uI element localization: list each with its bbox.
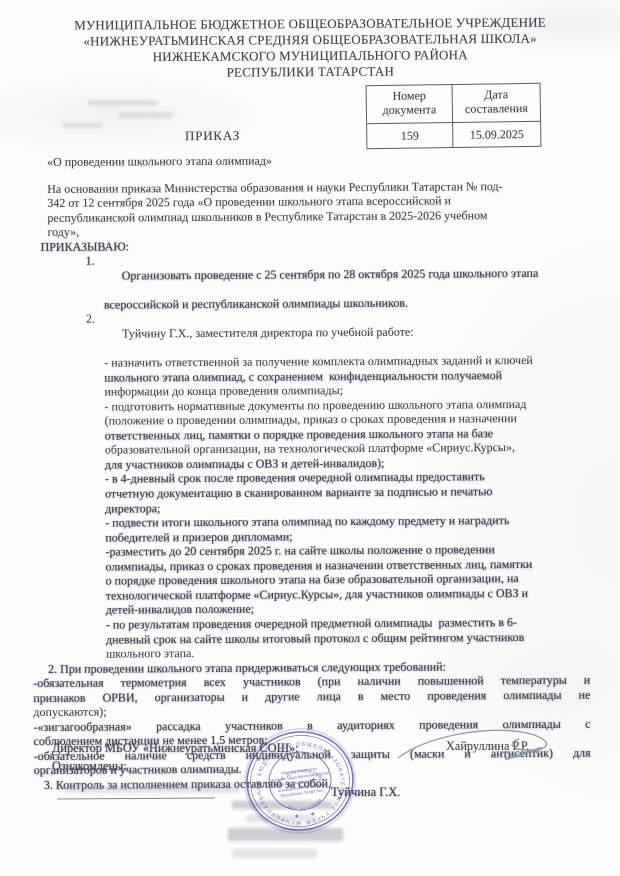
signature-line — [57, 797, 215, 799]
doc-info-table: Номер документа Дата составления 159 15.… — [366, 83, 542, 149]
scan-artifact — [232, 801, 332, 809]
scan-artifact — [246, 815, 316, 822]
letterhead: МУНИЦИПАЛЬНОЕ БЮДЖЕТНОЕ ОБЩЕОБРАЗОВАТЕЛЬ… — [0, 14, 620, 82]
scan-artifact — [232, 849, 317, 858]
section3-line: 3. Контроль за исполнением приказа остав… — [34, 775, 594, 793]
scan-artifact — [88, 100, 158, 106]
director-label: Директор МБОУ «Нижнеуратьминская СОШ»: — [52, 741, 299, 756]
scan-artifact — [228, 828, 343, 841]
doc-number-header-cell: Номер документа — [367, 85, 454, 124]
list-item-line: Туйчину Г.Х., заместителя директора по у… — [122, 325, 414, 341]
director-name: Хайруллина Р.Р. — [446, 739, 529, 754]
letterhead-line: РЕСПУБЛИКИ ТАТАРСТАН — [0, 62, 620, 82]
stamp-star-icon: ✱ — [310, 811, 315, 817]
list-item-2: 2.Туйчину Г.Х., заместителя директора по… — [31, 309, 591, 356]
list-number: 2. — [86, 312, 95, 327]
list-item-1: 1.Организовать проведение с 25 сентября … — [31, 251, 591, 298]
stamp-star-icon: ✱ — [295, 814, 300, 820]
scan-artifact — [118, 112, 173, 118]
doc-date-value: 15.09.2025 — [453, 122, 541, 148]
scanned-order-page: МУНИЦИПАЛЬНОЕ БЮДЖЕТНОЕ ОБЩЕОБРАЗОВАТЕЛЬ… — [0, 0, 620, 876]
doc-number-value: 159 — [367, 123, 453, 149]
doc-date-header-cell: Дата составления — [453, 84, 542, 123]
order-title: ПРИКАЗ — [185, 128, 240, 144]
scan-artifact — [62, 123, 102, 128]
stamp-inn-text: ИНН 1651028784 — [286, 797, 324, 814]
list-number: 1. — [86, 254, 95, 269]
acquainted-label: Ознакомлены: — [52, 759, 127, 774]
acquainted-name: Туйчина Г.Х. — [331, 785, 400, 800]
order-body: «О проведении школьного этапа олимпиад» … — [30, 152, 594, 793]
list-item-line: Организовать проведение с 25 сентября по… — [122, 266, 539, 283]
